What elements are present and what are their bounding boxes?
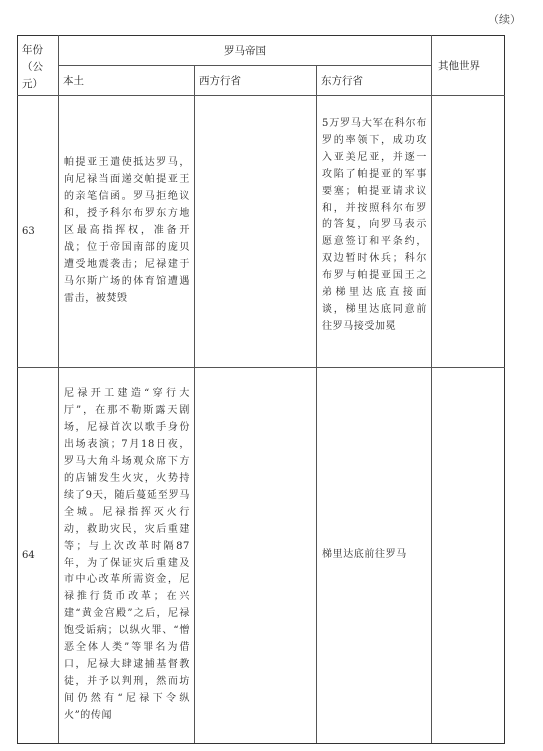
header-year-line1: 年份 <box>22 42 55 59</box>
western-provinces-cell <box>195 368 317 744</box>
homeland-text: 尼禄开工建造“穿行大厅”，在那不勒斯露天剧场，尼禄首次以歌手身份出场表演；7月1… <box>64 386 190 724</box>
table-row: 64 尼禄开工建造“穿行大厅”，在那不勒斯露天剧场，尼禄首次以歌手身份出场表演；… <box>18 368 505 744</box>
header-year-line2: （公元） <box>22 59 55 93</box>
eastern-provinces-cell: 5万罗马大军在科尔布罗的率领下，成功攻入亚美尼亚，并逐一攻陷了帕提亚的军事要塞；… <box>317 96 432 368</box>
table-row: 63 帕提亚王遣使抵达罗马，向尼禄当面递交帕提亚王的亲笔信函。罗马拒绝议和，授予… <box>18 96 505 368</box>
header-other-world: 其他世界 <box>432 36 505 96</box>
header-roman-empire: 罗马帝国 <box>59 36 432 66</box>
continued-label: （续） <box>488 11 521 27</box>
eastern-provinces-cell: 梯里达底前往罗马 <box>317 368 432 744</box>
year-cell: 63 <box>18 96 59 368</box>
year-cell: 64 <box>18 368 59 744</box>
homeland-cell: 尼禄开工建造“穿行大厅”，在那不勒斯露天剧场，尼禄首次以歌手身份出场表演；7月1… <box>59 368 195 744</box>
homeland-cell: 帕提亚王遣使抵达罗马，向尼禄当面递交帕提亚王的亲笔信函。罗马拒绝议和，授予科尔布… <box>59 96 195 368</box>
other-world-cell <box>432 96 505 368</box>
header-year: 年份 （公元） <box>18 36 59 96</box>
homeland-text: 帕提亚王遣使抵达罗马，向尼禄当面递交帕提亚王的亲笔信函。罗马拒绝议和，授予科尔布… <box>64 155 190 307</box>
chronology-table: 年份 （公元） 罗马帝国 其他世界 本土 西方行省 东方行省 63 帕提亚王遣使… <box>17 35 505 744</box>
western-provinces-cell <box>195 96 317 368</box>
eastern-provinces-text: 5万罗马大军在科尔布罗的率领下，成功攻入亚美尼亚，并逐一攻陷了帕提亚的军事要塞；… <box>322 96 427 336</box>
header-western-provinces: 西方行省 <box>195 66 317 96</box>
eastern-provinces-text: 梯里达底前往罗马 <box>322 547 427 564</box>
other-world-cell <box>432 368 505 744</box>
header-homeland: 本土 <box>59 66 195 96</box>
header-eastern-provinces: 东方行省 <box>317 66 432 96</box>
